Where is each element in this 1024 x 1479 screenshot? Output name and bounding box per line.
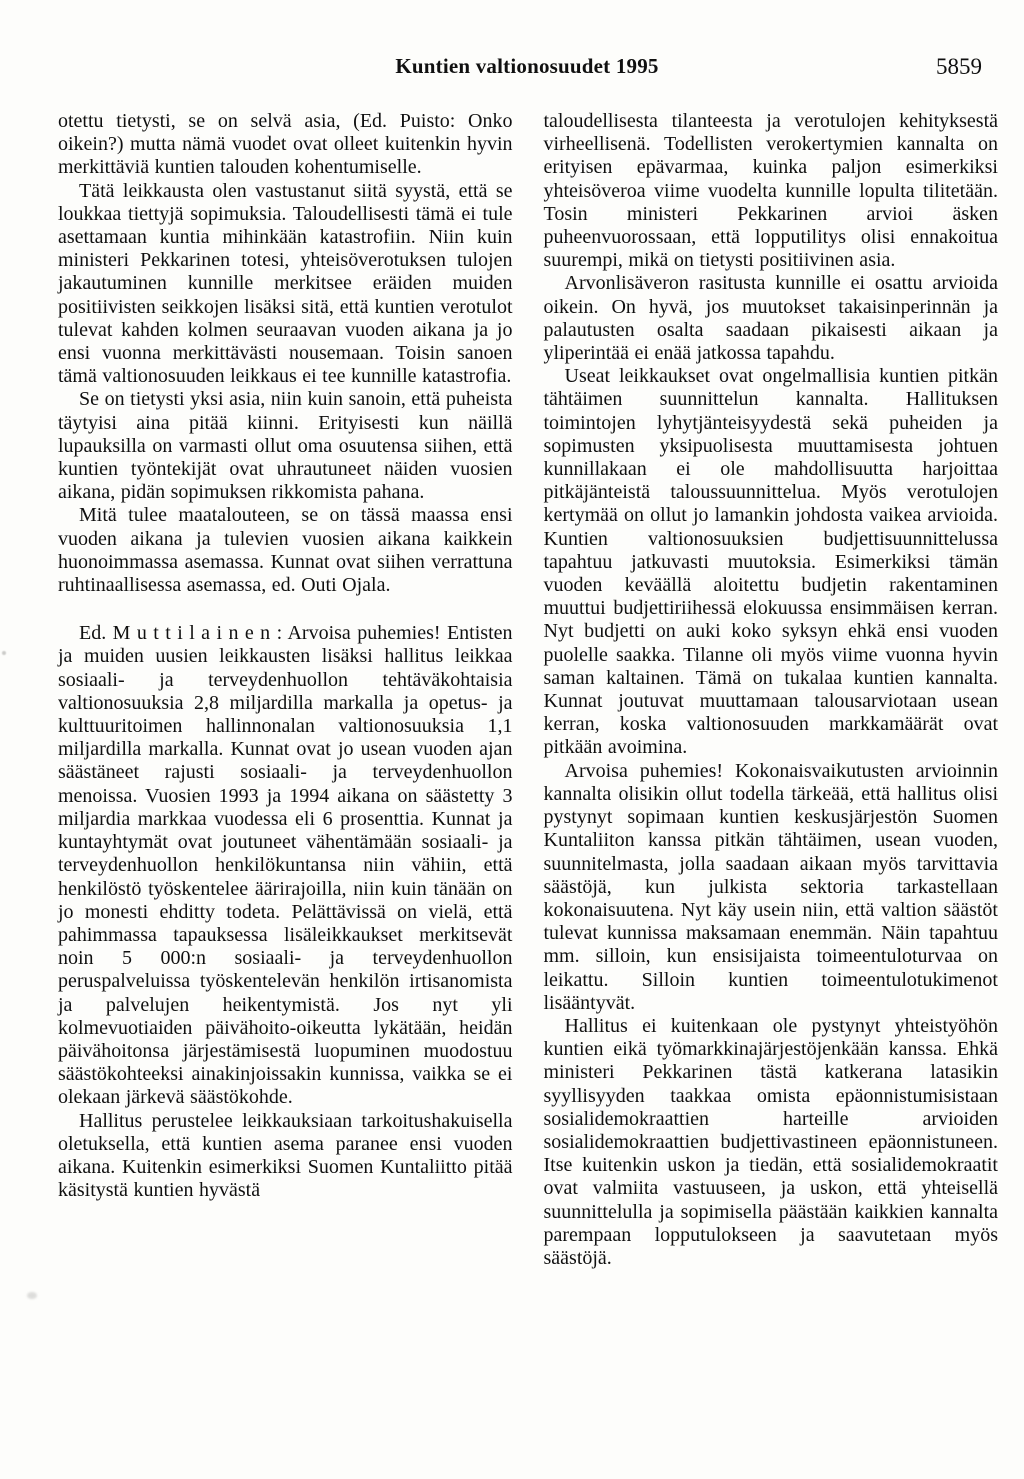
paragraph: Arvonlisäveron rasitusta kunnille ei osa… [544,272,999,365]
paragraph-continuation: otettu tietysti, se on selvä asia, (Ed. … [58,110,513,180]
paragraph: Mitä tulee maatalouteen, se on tässä maa… [58,504,513,597]
text-body: otettu tietysti, se on selvä asia, (Ed. … [58,110,998,1270]
scan-speck-artifact [2,651,6,655]
paragraph: Hallitus ei kuitenkaan ole pystynyt yhte… [544,1015,999,1270]
paragraph: Tätä leikkausta olen vastustanut siitä s… [58,180,513,389]
paragraph-continuation: taloudellisesta tilanteesta ja verotuloj… [544,110,999,272]
running-header-title: Kuntien valtionosuudet 1995 [58,54,996,79]
paragraph: Arvoisa puhemies! Kokonaisvaikutusten ar… [544,760,999,1015]
document-page: Kuntien valtionosuudet 1995 5859 otettu … [0,0,1024,1479]
speaker-paragraph: Ed. M u t t i l a i n e n : Arvoisa puhe… [58,622,513,1109]
text-column-right: taloudellisesta tilanteesta ja verotuloj… [544,110,999,1270]
page-header: Kuntien valtionosuudet 1995 5859 [58,54,996,84]
scan-smudge-artifact [27,1292,37,1299]
paragraph: Se on tietysti yksi asia, niin kuin sano… [58,388,513,504]
paragraph: Useat leikkaukset ovat ongelmallisia kun… [544,365,999,759]
text-column-left: otettu tietysti, se on selvä asia, (Ed. … [58,110,513,1270]
page-number: 5859 [936,54,982,80]
paragraph: Hallitus perustelee leikkauksiaan tarkoi… [58,1110,513,1203]
